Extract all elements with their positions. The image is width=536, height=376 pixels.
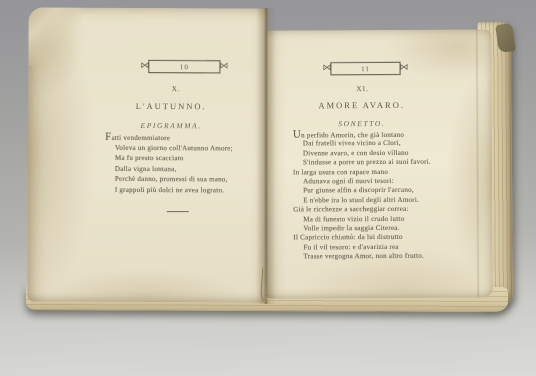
page-number: 11	[361, 65, 370, 73]
poem-line: Perchè danno, promessi di sua mano,	[105, 174, 233, 185]
page-crease	[475, 29, 479, 297]
page-number-ornament: ⋈ 10 ⋈	[148, 60, 220, 73]
page-title: AMORE AVARO.	[318, 100, 405, 110]
poem-line: E n'ebbe ira lo stuol degli altri Amori.	[293, 195, 431, 205]
divider-rule	[167, 211, 189, 212]
binding-corner	[495, 23, 516, 53]
poem-line: Ma fu presto scacciato	[105, 153, 233, 164]
poem-line: Trasse vergogna Amor, non altro frutto.	[293, 252, 431, 262]
ornament-end-icon: ⋈	[322, 61, 331, 74]
page-subtitle: SONETTO.	[338, 119, 385, 128]
left-page: ⋈ 10 ⋈ X. L'AUTUNNO. EPIGRAMMA. Fatti ve…	[27, 7, 266, 302]
poem-line: Fatti vendemmiatore	[105, 132, 233, 143]
ornament-end-icon: ⋈	[219, 59, 228, 72]
poem-line: Pur giunse alfin a discoprir l'arcano,	[293, 186, 431, 196]
page-subtitle: EPIGRAMMA.	[141, 121, 202, 130]
epigram-poem: Fatti vendemmiatore Voleva un giorno col…	[105, 132, 233, 196]
right-page: ⋈ 11 11 ⋈ XI. AMORE AVARO. SONETTO. Un p…	[265, 29, 492, 298]
page-number-ornament: ⋈ 11 11 ⋈	[330, 62, 400, 75]
poem-line-text: atti vendemmiatore	[111, 134, 170, 142]
poem-line: S'indusse a porre un prezzo ai suoi favo…	[293, 158, 431, 168]
ornament-end-icon: ⋈	[399, 61, 408, 74]
section-number: XI.	[333, 84, 393, 93]
section-number: X.	[146, 84, 206, 93]
page-title: L'AUTUNNO.	[136, 101, 207, 111]
book-photograph: ⋈ 10 ⋈ X. L'AUTUNNO. EPIGRAMMA. Fatti ve…	[0, 0, 536, 376]
initial-letter: U	[293, 128, 301, 140]
book-gutter	[256, 8, 276, 304]
page-number: 10	[180, 63, 189, 71]
poem-line: I grappoli più dolci ne avea lograto.	[105, 184, 233, 195]
poem-line: Dalla vigna lontana,	[105, 163, 233, 174]
worn-corner	[28, 7, 82, 65]
sonnet-poem: Un perfido Amorin, che già lontano Dai f…	[293, 130, 432, 262]
ornament-end-icon: ⋈	[140, 59, 149, 72]
poem-line-text: n perfido Amorin, che già lontano	[301, 131, 404, 140]
poem-line: Voleva un giorno coll'Autunno Amore;	[105, 142, 233, 153]
